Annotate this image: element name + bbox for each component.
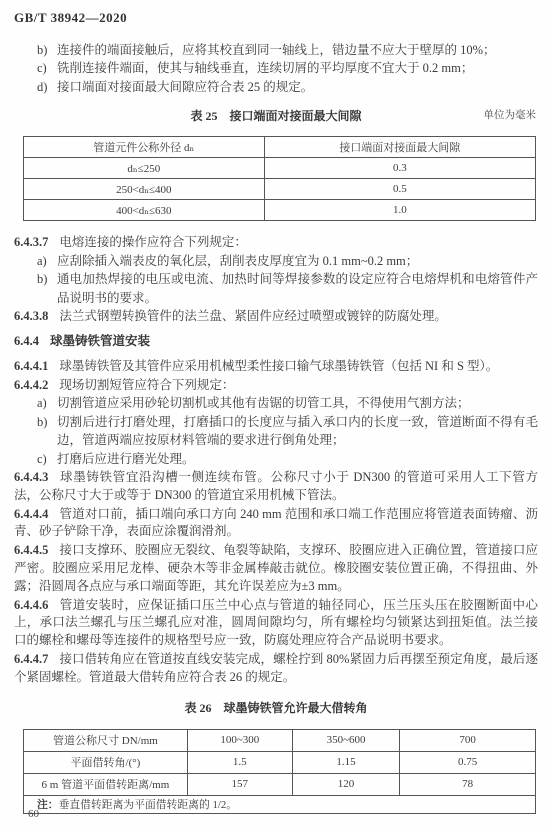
section-text: 接口支撑环、胶圈应无裂纹、龟裂等缺陷，支撑环、胶圈应进入正确位置，管道接口应严密…: [14, 543, 538, 593]
list-item: a) 应刮除插入端表皮的氧化层，刮削表皮厚度宜为 0.1 mm~0.2 mm；: [37, 252, 538, 270]
table-cell: 1.5: [187, 751, 292, 773]
table-cell: 100~300: [187, 729, 292, 751]
section-text: 法兰式钢塑转换管件的法兰盘、紧固件应经过喷塑或镀锌的防腐处理。: [59, 309, 447, 323]
list-text: 通电加热焊接的电压或电流、加热时间等焊接参数的设定应符合电熔焊机和电熔管件产品说…: [57, 270, 538, 307]
table-row: 400<dₙ≤630 1.0: [24, 200, 536, 221]
table-cell: 0.75: [400, 751, 536, 773]
table-26: 管道公称尺寸 DN/mm 100~300 350~600 700 平面借转角/(…: [23, 729, 536, 814]
section-6444: 6.4.4.4管道对口前，插口端向承口方向 240 mm 范围和承口端工作范围应…: [14, 506, 538, 542]
section-text: 管道对口前，插口端向承口方向 240 mm 范围和承口端工作范围应将管道表面铸瘤…: [14, 507, 538, 539]
table-note-row: 注：垂直借转距离为平面借转距离的 1/2。: [24, 795, 536, 813]
section-text: 球墨铸铁管道安装: [50, 334, 150, 348]
section-text: 接口借转角应在管道按直线安装完成，螺栓拧到 80%紧固力后再摆至预定角度，最后逐…: [14, 652, 538, 684]
list-text: 切割管道应采用砂轮切割机或其他有齿锯的切管工具，不得使用气割方法；: [57, 394, 538, 412]
list-item: c) 打磨后应进行磨光处理。: [37, 450, 538, 468]
table-25: 管道元件公称外径 dₙ 接口端面对接面最大间隙 dₙ≤250 0.3 250<d…: [23, 136, 536, 221]
table-row: 平面借转角/(°) 1.5 1.15 0.75: [24, 751, 536, 773]
section-6446: 6.4.4.6管道安装时，应保证插口压兰中心点与管道的轴径同心，压兰压头压在胶圈…: [14, 597, 538, 650]
list-text: 切割后进行打磨处理，打磨插口的长度应与插入承口内的长度一致，管道断面不得有毛边，…: [57, 413, 538, 450]
list-marker: c): [37, 450, 57, 468]
section-text: 电熔连接的操作应符合下列规定：: [59, 235, 247, 249]
section-6447: 6.4.4.7接口借转角应在管道按直线安装完成，螺栓拧到 80%紧固力后再摆至预…: [14, 651, 538, 687]
table26-caption-row: 表 26球墨铸铁管允许最大借转角: [14, 701, 538, 715]
list-text: 打磨后应进行磨光处理。: [57, 450, 538, 468]
table-25-header-row: 管道元件公称外径 dₙ 接口端面对接面最大间隙: [24, 137, 536, 158]
list-marker: d): [37, 78, 57, 96]
document-page: GB/T 38942—2020 b) 连接件的端面接触后，应将其校直到同一轴线上…: [0, 0, 552, 828]
table-cell: 250<dₙ≤400: [24, 179, 265, 200]
table-25-header-cell: 管道元件公称外径 dₙ: [24, 137, 265, 158]
table25-caption: 表 25接口端面对接面最大间隙: [190, 109, 361, 123]
note-text: 垂直借转距离为平面借转距离的 1/2。: [59, 799, 237, 811]
section-number: 6.4.4.4: [14, 507, 48, 521]
table-row: 管道公称尺寸 DN/mm 100~300 350~600 700: [24, 729, 536, 751]
section-number: 6.4.4: [14, 334, 39, 348]
table-cell: 1.0: [264, 200, 535, 221]
section-6445: 6.4.4.5接口支撑环、胶圈应无裂纹、龟裂等缺陷，支撑环、胶圈应进入正确位置，…: [14, 542, 538, 595]
section-number: 6.4.4.6: [14, 598, 48, 612]
table-row: dₙ≤250 0.3: [24, 158, 536, 179]
list-item: c) 铣削连接件端面，使其与轴线垂直，连续切屑的平均厚度不宜大于 0.2 mm；: [37, 59, 538, 77]
page-number: 60: [28, 808, 39, 820]
list-text: 连接件的端面接触后，应将其校直到同一轴线上，错边量不应大于壁厚的 10%；: [57, 41, 538, 59]
table-cell: 6 m 管道平面借转距离/mm: [24, 773, 188, 795]
section-644-heading: 6.4.4球墨铸铁管道安装: [14, 333, 538, 351]
section-number: 6.4.3.7: [14, 235, 48, 249]
table-cell: 管道公称尺寸 DN/mm: [24, 729, 188, 751]
table-cell: 1.15: [292, 751, 400, 773]
table-cell: 78: [400, 773, 536, 795]
section-6441: 6.4.4.1球墨铸铁管及其管件应采用机械型柔性接口输气球墨铸铁管（包括 NI …: [14, 358, 538, 376]
table-cell: 157: [187, 773, 292, 795]
list-item: b) 连接件的端面接触后，应将其校直到同一轴线上，错边量不应大于壁厚的 10%；: [37, 41, 538, 59]
table-cell: 700: [400, 729, 536, 751]
table25-caption-row: 表 25接口端面对接面最大间隙 单位为毫米: [14, 109, 538, 123]
section-number: 6.4.4.7: [14, 652, 48, 666]
list-text: 接口端面对接面最大间隙应符合表 25 的规定。: [57, 78, 538, 96]
running-header: GB/T 38942—2020: [14, 10, 538, 26]
table-row: 6 m 管道平面借转距离/mm 157 120 78: [24, 773, 536, 795]
table-cell: 0.3: [264, 158, 535, 179]
table-cell: 0.5: [264, 179, 535, 200]
list-text: 铣削连接件端面，使其与轴线垂直，连续切屑的平均厚度不宜大于 0.2 mm；: [57, 59, 538, 77]
table-cell: 350~600: [292, 729, 400, 751]
section-6443: 6.4.4.3球墨铸铁管宜沿沟槽一侧连续布管。公称尺寸小于 DN300 的管道可…: [14, 469, 538, 505]
section-number: 6.4.4.5: [14, 543, 48, 557]
intro-list: b) 连接件的端面接触后，应将其校直到同一轴线上，错边量不应大于壁厚的 10%；…: [14, 41, 538, 96]
note-label: 注：: [37, 799, 59, 811]
table-cell: dₙ≤250: [24, 158, 265, 179]
section-text: 球墨铸铁管宜沿沟槽一侧连续布管。公称尺寸小于 DN300 的管道可采用人工下管方…: [14, 470, 538, 502]
list-item: b) 通电加热焊接的电压或电流、加热时间等焊接参数的设定应符合电熔焊机和电熔管件…: [37, 270, 538, 307]
list-marker: b): [37, 270, 57, 307]
list-marker: a): [37, 252, 57, 270]
table-cell: 平面借转角/(°): [24, 751, 188, 773]
clauses: 6.4.3.7电熔连接的操作应符合下列规定： a) 应刮除插入端表皮的氧化层，刮…: [14, 234, 538, 686]
section-text: 管道安装时，应保证插口压兰中心点与管道的轴径同心，压兰压头压在胶圈断面中心上，承…: [14, 598, 538, 648]
list-item: a) 切割管道应采用砂轮切割机或其他有齿锯的切管工具，不得使用气割方法；: [37, 394, 538, 412]
list-marker: b): [37, 41, 57, 59]
section-text: 现场切割短管应符合下列规定：: [59, 378, 234, 392]
table26-caption: 表 26球墨铸铁管允许最大借转角: [184, 701, 367, 715]
section-number: 6.4.3.8: [14, 309, 48, 323]
list-item: d) 接口端面对接面最大间隙应符合表 25 的规定。: [37, 78, 538, 96]
table25-label: 表 25: [190, 109, 217, 123]
table26-label: 表 26: [184, 701, 211, 715]
table-cell: 120: [292, 773, 400, 795]
section-text: 球墨铸铁管及其管件应采用机械型柔性接口输气球墨铸铁管（包括 NI 和 S 型）。: [59, 359, 498, 373]
table-note: 注：垂直借转距离为平面借转距离的 1/2。: [24, 795, 536, 813]
list-marker: b): [37, 413, 57, 450]
section-number: 6.4.4.3: [14, 470, 48, 484]
table26-title: 球墨铸铁管允许最大借转角: [224, 701, 368, 715]
table-row: 250<dₙ≤400 0.5: [24, 179, 536, 200]
section-6437: 6.4.3.7电熔连接的操作应符合下列规定：: [14, 234, 538, 252]
list-item: b) 切割后进行打磨处理，打磨插口的长度应与插入承口内的长度一致，管道断面不得有…: [37, 413, 538, 450]
table-25-header-cell: 接口端面对接面最大间隙: [264, 137, 535, 158]
table25-unit-note: 单位为毫米: [484, 109, 537, 123]
section-number: 6.4.4.2: [14, 378, 48, 392]
section-6442: 6.4.4.2现场切割短管应符合下列规定：: [14, 377, 538, 395]
table25-title: 接口端面对接面最大间隙: [230, 109, 362, 123]
list-text: 应刮除插入端表皮的氧化层，刮削表皮厚度宜为 0.1 mm~0.2 mm；: [57, 252, 538, 270]
list-marker: a): [37, 394, 57, 412]
table-cell: 400<dₙ≤630: [24, 200, 265, 221]
list-marker: c): [37, 59, 57, 77]
section-number: 6.4.4.1: [14, 359, 48, 373]
section-6438: 6.4.3.8法兰式钢塑转换管件的法兰盘、紧固件应经过喷塑或镀锌的防腐处理。: [14, 308, 538, 326]
